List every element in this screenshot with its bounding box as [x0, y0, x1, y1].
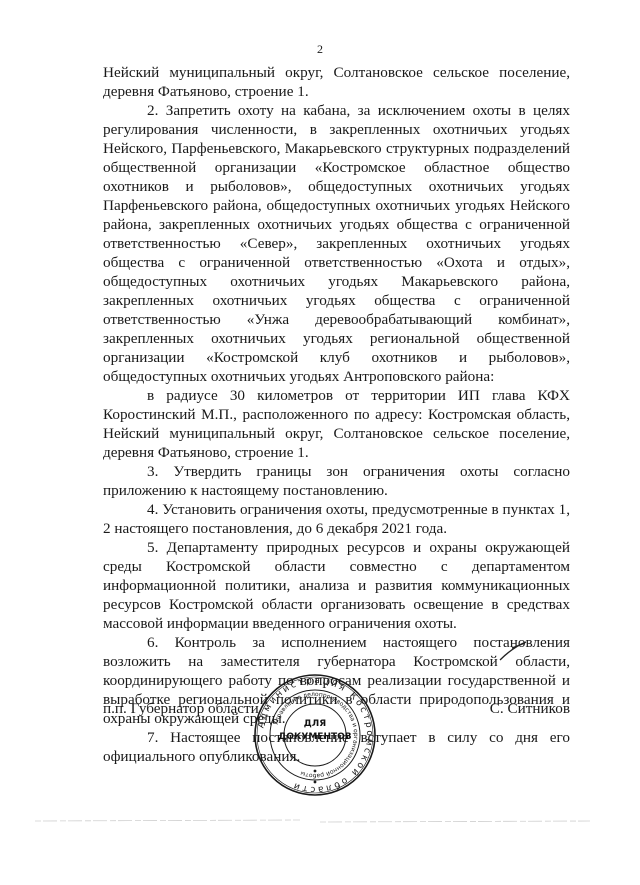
page-number: 2 — [0, 42, 640, 57]
paragraph-continuation: Нейский муниципальный округ, Солтановско… — [103, 63, 570, 101]
stamp-center-text: ДЛЯ ДОКУМЕНТОВ — [253, 718, 377, 744]
paragraph-item-3: 3. Утвердить границы зон ограничения охо… — [103, 462, 570, 500]
paragraph-item-4: 4. Установить ограничения охоты, предусм… — [103, 500, 570, 538]
signatory-name: С. Ситников — [490, 700, 570, 718]
paragraph-item-2: 2. Запретить охоту на кабана, за исключе… — [103, 101, 570, 386]
official-stamp: Администрация Костромской области Управл… — [253, 673, 377, 797]
signature-mark-icon — [498, 640, 528, 662]
signatory-title: п.п. Губернатор области — [103, 700, 259, 718]
paragraph-item-2-radius: в радиусе 30 километров от территории ИП… — [103, 386, 570, 462]
scan-artifact-line — [30, 818, 620, 826]
stamp-center-line1: ДЛЯ — [253, 718, 377, 731]
stamp-center-line2: ДОКУМЕНТОВ — [253, 731, 377, 744]
paragraph-item-5: 5. Департаменту природных ресурсов и охр… — [103, 538, 570, 633]
